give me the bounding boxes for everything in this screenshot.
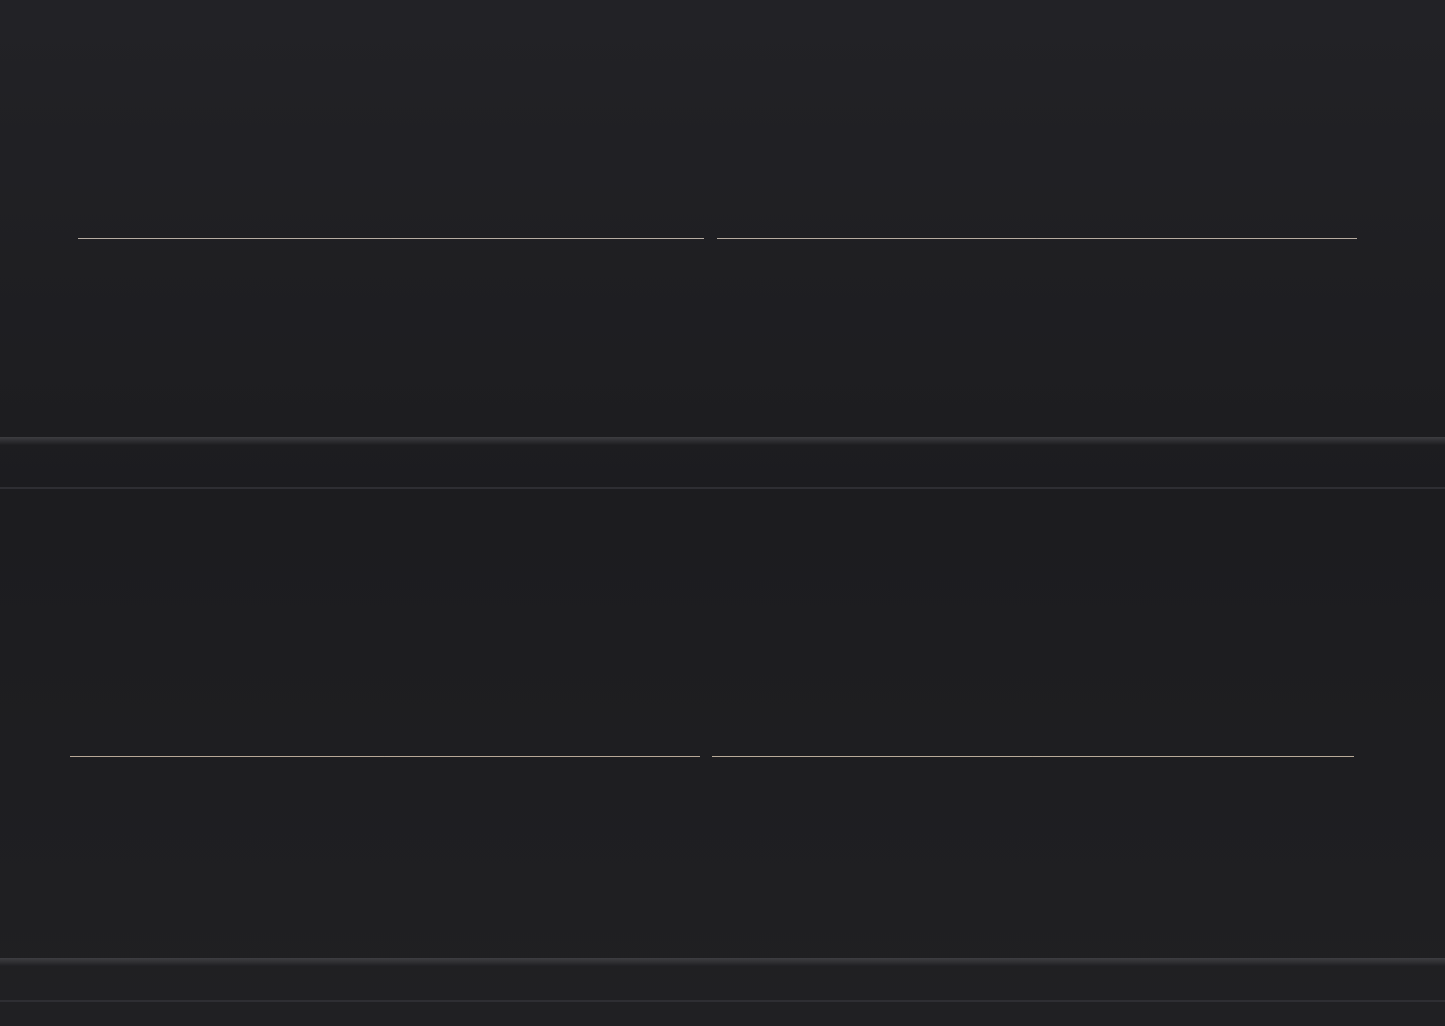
stamp-paper (70, 560, 700, 953)
strip-divider (0, 487, 1445, 489)
stamp-back-top-left (78, 42, 704, 435)
strip-lip-top (0, 437, 1445, 445)
stamp-paper (712, 560, 1354, 953)
offset-ghost-medallion (341, 191, 425, 285)
offset-ghost-medallion (1161, 776, 1235, 860)
stamp-back-bottom-left (70, 560, 700, 953)
stamp-paper (78, 42, 704, 435)
stamp-back-top-right (717, 42, 1357, 435)
offset-ghost-medallion (335, 709, 419, 803)
offset-ghost-medallion (982, 709, 1066, 803)
offset-ghost-medallion (516, 258, 590, 342)
stamp-back-bottom-right (712, 560, 1354, 953)
strip-divider (0, 1000, 1445, 1002)
offset-ghost-medallion (986, 191, 1070, 285)
stamp-paper (717, 42, 1357, 435)
strip-lip-bottom (0, 958, 1445, 966)
offset-ghost-medallion (511, 776, 585, 860)
offset-ghost-medallion (1165, 258, 1239, 342)
